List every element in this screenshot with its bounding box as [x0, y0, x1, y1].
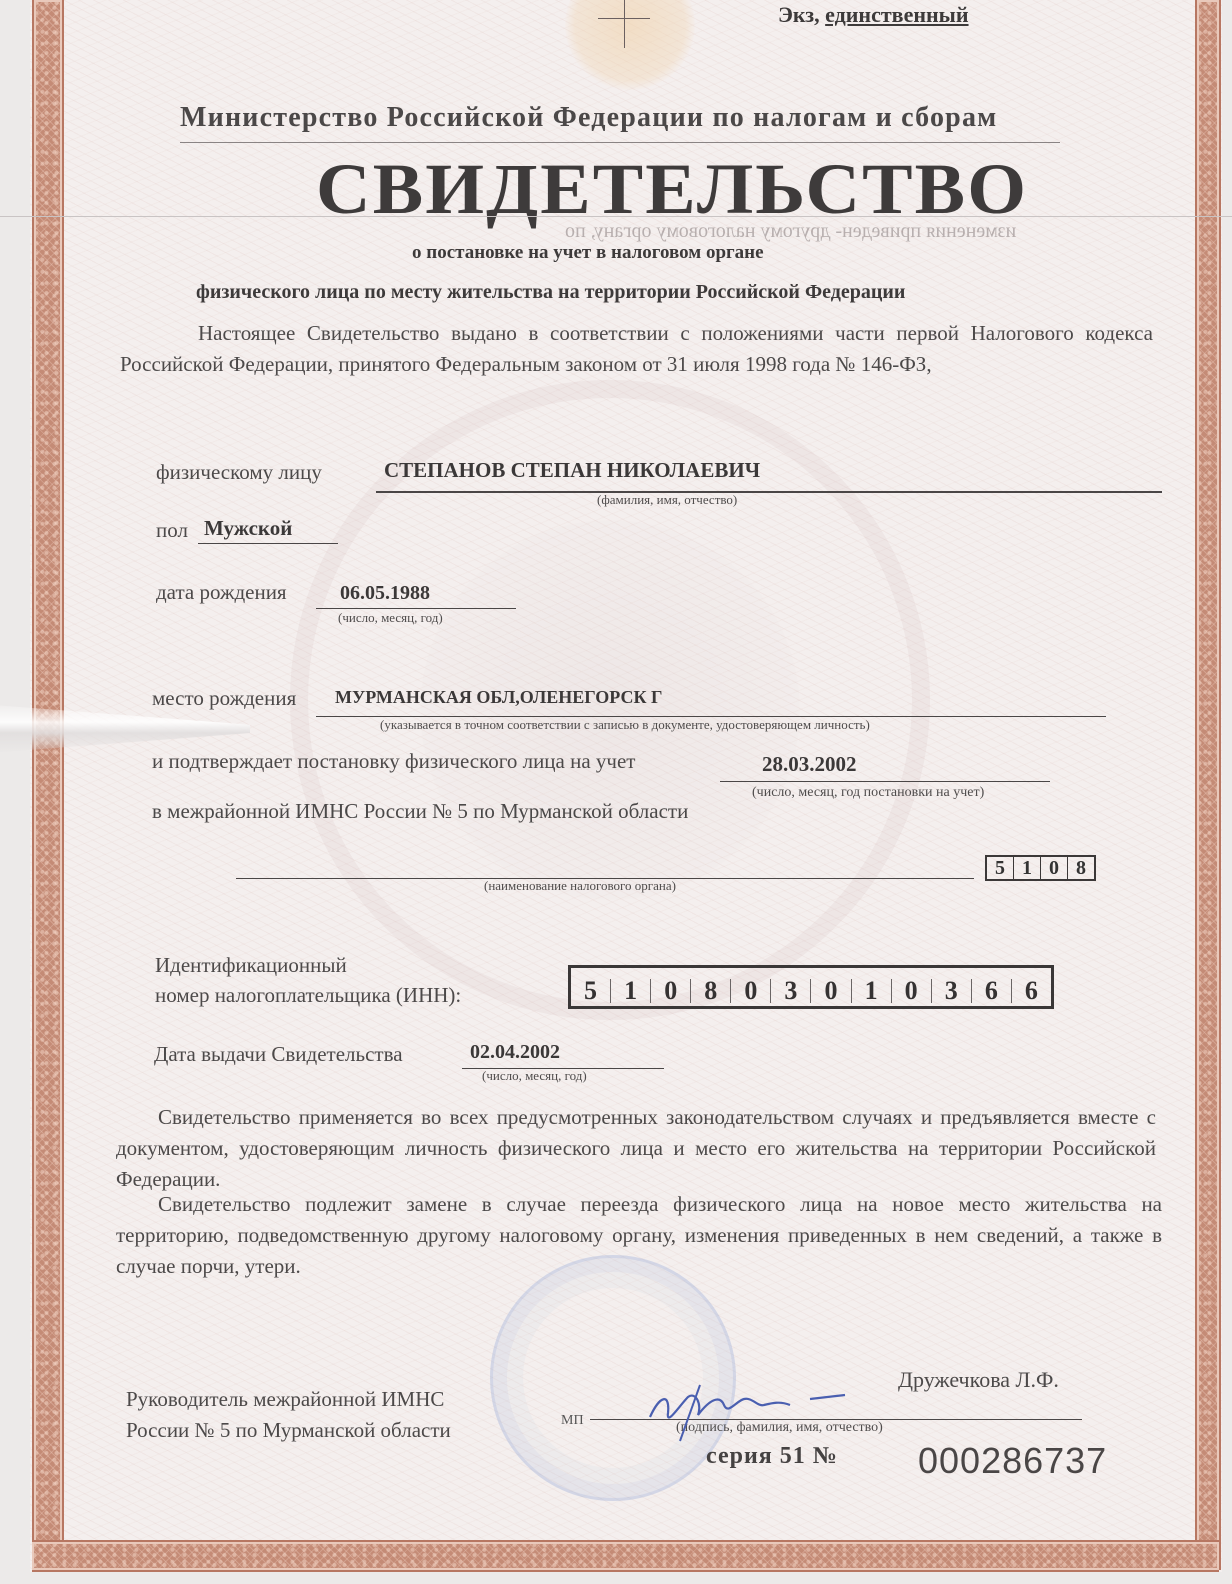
- copy-label-text: Экз,: [778, 2, 820, 27]
- title-fold-line: [0, 216, 1232, 217]
- copy-value: единственный: [825, 2, 968, 27]
- birth-date-underline: [316, 608, 516, 609]
- head-title-line-1: Руководитель межрайонной ИМНС: [126, 1387, 444, 1412]
- sex-value: Мужской: [204, 516, 292, 541]
- tax-office-code-digit: 5: [987, 857, 1013, 879]
- signer-name: Дружечкова Л.Ф.: [898, 1367, 1059, 1393]
- inn-box: 5 1 0 8 0 3 0 1 0 3 6 6: [568, 965, 1054, 1009]
- issue-date-label: Дата выдачи Свидетельства: [154, 1042, 403, 1067]
- ornamental-border-left: [32, 0, 64, 1570]
- registration-label: и подтверждает постановку физического ли…: [152, 749, 635, 774]
- terms-paragraph-replacement: Свидетельство подлежит замене в случае п…: [116, 1189, 1162, 1282]
- paper-edge-right: [1222, 0, 1232, 1584]
- handwritten-signature-icon: [640, 1375, 900, 1445]
- birth-date-hint: (число, месяц, год): [338, 610, 443, 626]
- series-label: серия 51 №: [706, 1443, 838, 1470]
- inn-label: Идентификационный номер налогоплательщик…: [155, 950, 461, 1010]
- document-title: СВИДЕТЕЛЬСТВО: [316, 148, 1028, 231]
- registration-date-value: 28.03.2002: [762, 752, 857, 777]
- inn-digit: 5: [571, 979, 610, 1003]
- paper-edge-left: [0, 0, 30, 1584]
- birth-place-value: МУРМАНСКАЯ ОБЛ,ОЛЕНЕГОРСК Г: [335, 687, 663, 708]
- birth-place-hint: (указывается в точном соответствии с зап…: [380, 717, 870, 733]
- inn-label-line-2: номер налогоплательщика (ИНН):: [155, 980, 461, 1010]
- registration-underline: [720, 781, 1050, 782]
- subtitle-line-1: о постановке на учет в налоговом органе: [412, 242, 764, 264]
- inn-digit: 0: [730, 979, 770, 1003]
- ministry-name: Министерство Российской Федерации по нал…: [180, 102, 997, 134]
- intro-paragraph: Настоящее Свидетельство выдано в соответ…: [120, 318, 1153, 380]
- inn-digit: 0: [891, 979, 931, 1003]
- birth-date-label: дата рождения: [156, 580, 287, 605]
- person-label: физическому лицу: [156, 460, 322, 485]
- person-hint: (фамилия, имя, отчество): [597, 492, 737, 508]
- mirrored-bleed-text: изменения приведен- другому налоговому о…: [565, 220, 1016, 243]
- head-title-line-2: России № 5 по Мурманской области: [126, 1418, 451, 1443]
- person-underline: [376, 491, 1162, 493]
- birth-place-label: место рождения: [152, 686, 296, 711]
- issue-date-hint: (число, месяц, год): [482, 1068, 587, 1084]
- inn-digit: 0: [650, 979, 690, 1003]
- sex-underline: [198, 543, 338, 544]
- inn-label-line-1: Идентификационный: [155, 950, 461, 980]
- inn-digit: 3: [770, 979, 810, 1003]
- birth-date-value: 06.05.1988: [340, 582, 430, 605]
- inn-digit: 0: [810, 979, 850, 1003]
- serial-number: 000286737: [918, 1440, 1107, 1482]
- subtitle-line-2: физического лица по месту жительства на …: [196, 281, 905, 304]
- tax-office-name: в межрайонной ИМНС России № 5 по Мурманс…: [152, 796, 712, 826]
- tax-office-hint: (наименование налогового органа): [484, 878, 676, 894]
- paper-edge-bottom: [0, 1572, 1232, 1584]
- tax-office-code: 5 1 0 8: [985, 855, 1096, 881]
- person-name-value: СТЕПАНОВ СТЕПАН НИКОЛАЕВИЧ: [384, 458, 760, 483]
- watermark-eagle: [420, 520, 800, 900]
- inn-digit: 8: [690, 979, 730, 1003]
- ministry-divider: [180, 142, 1060, 143]
- tax-office-code-digit: 0: [1040, 857, 1067, 879]
- inn-digit: 3: [931, 979, 971, 1003]
- ornamental-border-right: [1195, 0, 1221, 1570]
- inn-digit: 6: [971, 979, 1011, 1003]
- copy-label: Экз, единственный: [778, 2, 969, 28]
- tax-office-code-digit: 1: [1013, 857, 1040, 879]
- registration-hint: (число, месяц, год постановки на учет): [752, 785, 984, 801]
- terms-paragraph-usage: Свидетельство применяется во всех предус…: [116, 1102, 1156, 1195]
- inn-digit: 1: [610, 979, 650, 1003]
- issue-date-value: 02.04.2002: [470, 1041, 560, 1064]
- crosshair-mark-vertical: [624, 0, 625, 48]
- stamp-place-mark: МП: [561, 1413, 584, 1429]
- ornamental-border-bottom: [32, 1540, 1219, 1572]
- inn-digit: 6: [1011, 979, 1051, 1003]
- sex-label: пол: [156, 518, 188, 543]
- tax-office-code-digit: 8: [1067, 857, 1094, 879]
- inn-digit: 1: [851, 979, 891, 1003]
